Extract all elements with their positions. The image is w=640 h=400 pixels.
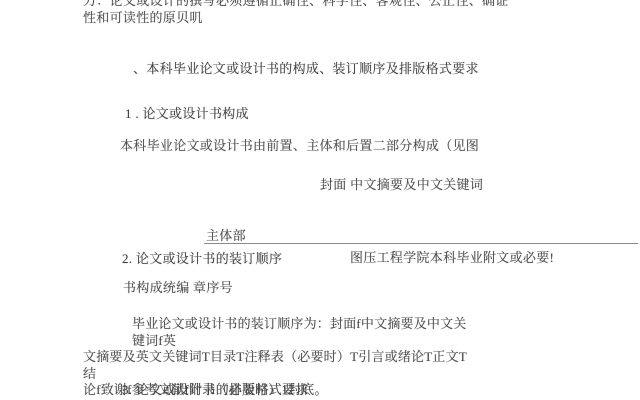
item2-paragraph-line-1: 毕业论文或设计书的装订顺序为：封面f中文摘要及中文关键词f英 (83, 316, 475, 349)
item2-paragraph-line-2: 文摘要及英文关键词T目录T注释表（必要时）T引言或绪论T正文T结 (83, 349, 475, 382)
diagram-cover-label: 封面 中文摘要及中文关键词 (320, 177, 483, 192)
item1-body: 本科毕业论文或设计书由前置、主体和后置二部分构成（见图 (120, 138, 479, 153)
item1-heading: 1 . 论文或设计书构成 (125, 106, 249, 121)
section-title: 、本科毕业论文或设计书的构成、装订顺序及排版格式要求 (133, 61, 479, 76)
diagram-body-label: 主体部 (206, 228, 246, 243)
top-paragraph-line-1: 力：论文或设计的撰写必须遵循正确性、科学性、客观性、公正性、确证 (83, 0, 509, 8)
horizontal-rule (204, 243, 638, 244)
item2-sub-line: 书构成统编 章序号 (123, 280, 233, 295)
top-paragraph-line-2: 性和可读性的原贝叽 (83, 10, 203, 25)
item2-heading: 2. 论文或设计书的装订顺序 (122, 251, 282, 266)
side-note: 图压工程学院本科毕业附文或必要! (350, 250, 554, 265)
item3-heading: 3. 论文或设计书的排版格式要求 (122, 382, 309, 397)
